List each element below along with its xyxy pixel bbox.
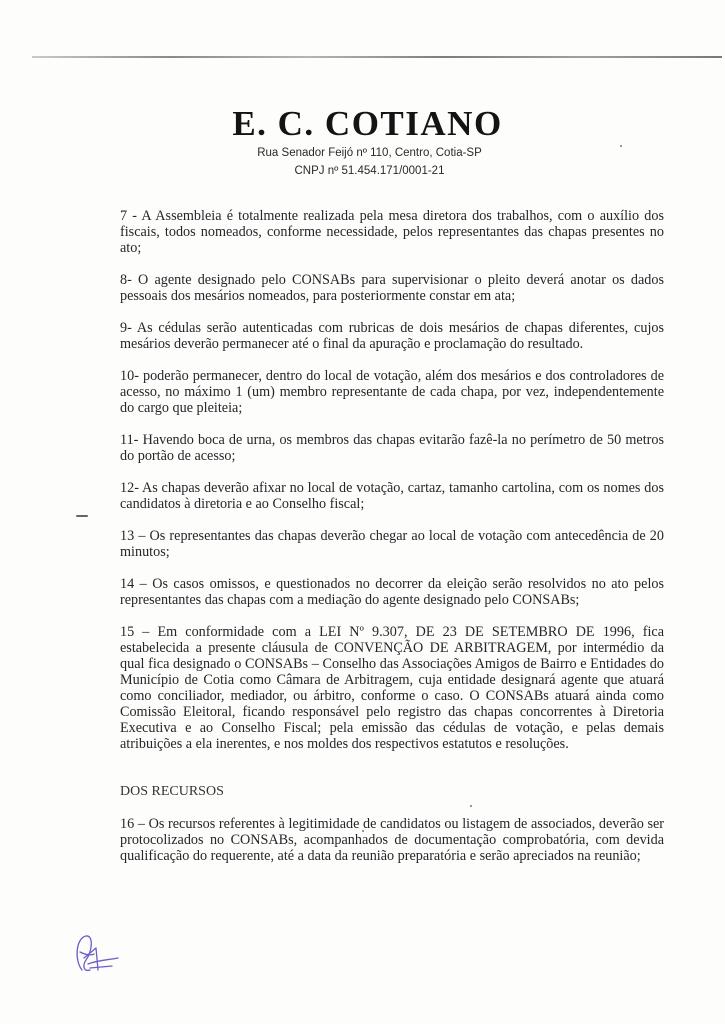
paragraph-10: 10- poderão permanecer, dentro do local … [120,368,664,416]
paragraph-12: 12- As chapas deverão afixar no local de… [120,480,664,512]
signature-initials [68,930,128,976]
letterhead: E. C. COTIANO Rua Senador Feijó nº 110, … [0,104,725,180]
paragraph-7: 7 - A Assembleia é totalmente realizada … [120,208,664,256]
paragraph-14: 14 – Os casos omissos, e questionados no… [120,576,664,608]
margin-mark [76,515,88,517]
scan-speck [470,805,472,807]
paragraph-13: 13 – Os representantes das chapas deverã… [120,528,664,560]
top-divider-line [32,56,722,58]
paragraph-16: 16 – Os recursos referentes à legitimida… [120,816,664,864]
org-cnpj: CNPJ nº 51.454.171/0001-21 [14,162,725,180]
scan-speck [362,830,364,832]
paragraph-11: 11- Havendo boca de urna, os membros das… [120,432,664,464]
section-heading-recursos: DOS RECURSOS [120,784,664,800]
org-name: E. C. COTIANO [10,104,725,144]
scan-speck [620,145,622,147]
org-address: Rua Senador Feijó nº 110, Centro, Cotia-… [14,144,725,162]
paragraph-8: 8- O agente designado pelo CONSABs para … [120,272,664,304]
paragraph-15: 15 – Em conformidade com a LEI Nº 9.307,… [120,624,664,752]
paragraph-9: 9- As cédulas serão autenticadas com rub… [120,320,664,352]
document-body: 7 - A Assembleia é totalmente realizada … [120,208,664,880]
signature-icon [68,930,128,976]
